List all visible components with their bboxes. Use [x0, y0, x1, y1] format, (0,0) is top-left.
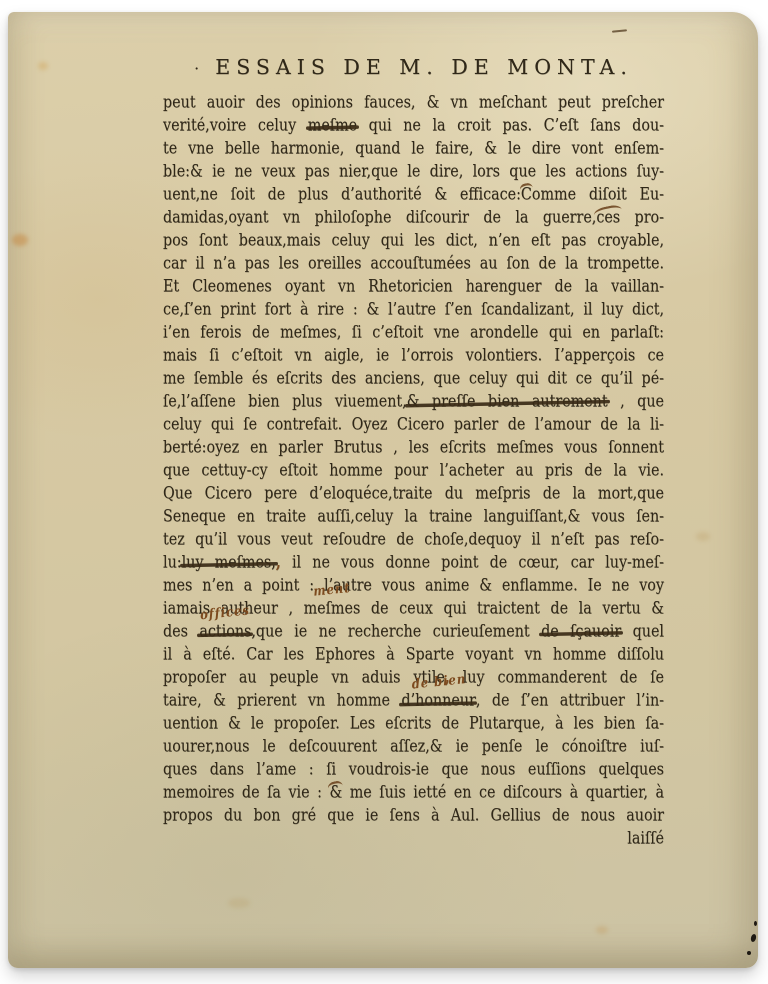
print-text: qui ne la croit pas. C’eſt ſans dou-: [357, 117, 664, 136]
print-text: Que Cicero pere d’eloquéce,traite du meſ…: [163, 485, 664, 504]
print-text: tez qu’il vous veut reſoudre de choſe,de…: [163, 531, 664, 550]
print-text: verité,voire celuy: [163, 117, 308, 136]
book-page: · ESSAIS DE M. DE MONTA. peut auoir des …: [8, 12, 758, 968]
print-text: mais ſi c’eſtoit vn aigle, ie l’orrois v…: [163, 347, 664, 366]
page-title: ESSAIS DE M. DE MONTA.: [215, 55, 633, 79]
ink-speck: [754, 921, 757, 926]
header-ornament: ·: [194, 59, 199, 78]
print-text: ble:& ie ne veux pas nier,que le dire, l…: [163, 163, 664, 182]
foxing-stain: [12, 234, 28, 246]
print-text: ce,ſ’en print fort à rire : & l’autre ſ’…: [163, 301, 664, 320]
print-text: de ceux qui traictent de la vertu &: [360, 600, 664, 619]
print-text: peut auoir des opinions fauces, & vn meſ…: [163, 94, 664, 113]
print-text: memoires de ſa vie :: [163, 784, 329, 803]
print-text: omme diſoit Eu-: [532, 186, 664, 205]
print-text: celuy qui ſe contrefait. Oyez Cicero par…: [163, 416, 664, 435]
foxing-stain: [596, 926, 608, 934]
print-text: i’en ferois de meſmes, ſi c’eſtoit vne a…: [163, 324, 664, 343]
print-text: ,que ie ne recherche curieuſement: [251, 623, 541, 642]
foxing-stain: [696, 532, 710, 541]
foxing-stain: [228, 898, 250, 908]
struck-text: & preſſe bien autrement: [407, 393, 608, 412]
print-text: luy commanderent de ſe: [450, 669, 664, 688]
hand-annotation: ment: [313, 582, 351, 599]
ink-speck: [750, 933, 757, 942]
catchword: laiſſé: [163, 826, 664, 853]
struck-text: meſme: [308, 117, 357, 136]
print-text: ques dans l’ame : ſi voudrois-ie que nou…: [163, 761, 664, 780]
print-text: damidas,oyant vn philoſophe diſcourir de…: [163, 209, 596, 228]
print-text: te vne belle harmonie, quand le faire, &…: [163, 140, 664, 159]
foxing-stain: [38, 62, 48, 70]
ink-marked-text: ces: [596, 209, 620, 228]
photo-background: · ESSAIS DE M. DE MONTA. peut auoir des …: [0, 0, 768, 984]
text-block: peut auoir des opinions fauces, & vn meſ…: [163, 92, 664, 851]
print-text: , de ſ’en attribuer l’in-: [476, 692, 664, 711]
print-text: uourer,nous le deſcouurent aſſez,& ie pe…: [163, 738, 664, 757]
print-text: propoſer au peuple vn aduis vtile: [163, 669, 445, 688]
print-text: taire, & prierent vn homme: [163, 692, 401, 711]
print-text: uention & le propoſer. Les eſcrits de Pl…: [163, 715, 664, 734]
print-text: laiſſé: [627, 830, 664, 849]
print-text: me ſuis ietté en ce diſcours à quartier,…: [342, 784, 664, 803]
hand-annotation: de bien: [411, 673, 466, 692]
struck-text: de ſçauoir: [541, 623, 621, 642]
print-text: que cettuy-cy eſtoit homme pour l’achete…: [163, 462, 664, 481]
print-text: quel: [621, 623, 664, 642]
print-text: Et Cleomenes oyant vn Rhetoricien hareng…: [163, 278, 664, 297]
print-text: il ne vous donne point de cœur, car luy-…: [281, 554, 664, 573]
stray-ink-dash: [612, 29, 627, 33]
print-text: il à eſté. Car les Ephores à Sparte voya…: [163, 646, 664, 665]
print-text: ſe,l’aſſene bien plus viuement,: [163, 393, 407, 412]
print-text: car il n’a pas les oreilles accouſtumées…: [163, 255, 664, 274]
running-header: · ESSAIS DE M. DE MONTA.: [163, 55, 664, 79]
print-text: berté:oyez en parler Brutus , les eſcrit…: [163, 439, 664, 458]
struck-text: luy meſmes,: [182, 554, 276, 573]
print-text: , que: [608, 393, 664, 412]
hand-annotation: offices: [200, 604, 251, 622]
ink-marked-text: &: [329, 784, 342, 803]
print-text: uent,ne ſoit de plus d’authorité & effic…: [163, 186, 521, 205]
print-text: lu:: [163, 554, 182, 573]
print-text: Seneque en traite auſſi,celuy la traine …: [163, 508, 664, 527]
print-text: pro-: [620, 209, 664, 228]
ink-marked-text: C: [521, 186, 532, 205]
print-text: mes n’en a point : l’autre vous anime & …: [163, 577, 664, 596]
print-text: me ſemble és eſcrits des anciens, que ce…: [163, 370, 664, 389]
print-text: propos du bon gré que ie ſens à Aul. Gel…: [163, 807, 664, 826]
ink-speck: [747, 951, 751, 955]
print-text: pos ſont beaux,mais celuy qui les dict, …: [163, 232, 664, 251]
print-text: des: [163, 623, 199, 642]
